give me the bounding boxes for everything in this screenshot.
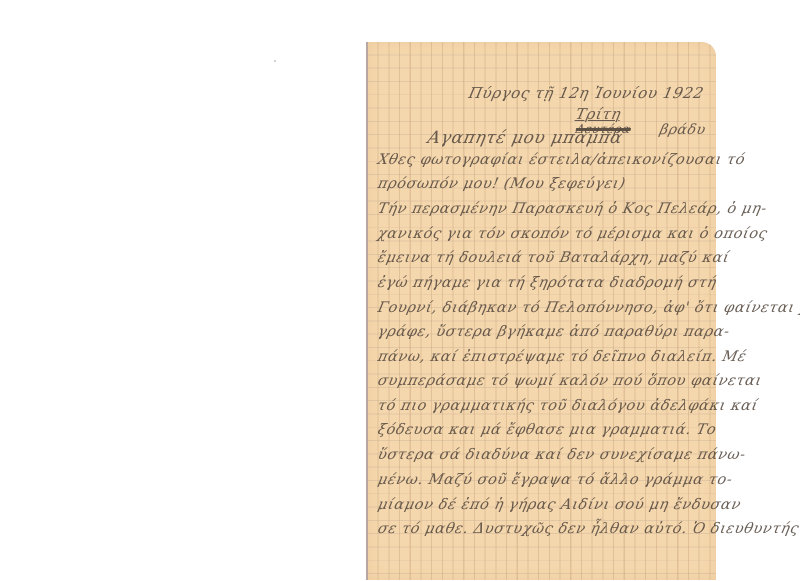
letter-line: μίαμον δέ ἐπό ἡ γήρας Αιδίνι σού μη ἔνδυ… xyxy=(376,497,707,513)
letter-line: ἐγώ πήγαμε για τή ξηρότατα διαδρομή στή xyxy=(376,275,707,291)
letter-line: πρόσωπόν μου! (Μου ξεφεύγει) xyxy=(376,176,707,192)
letter-greeting: Αγαπητέ μου μπαμπά xyxy=(426,128,708,148)
letter-line: Χθες φωτογραφίαι έστειλα/ἀπεικονίζουσαι … xyxy=(376,152,707,168)
scan-speck xyxy=(274,60,276,62)
letter-line: ξόδευσα και μά ἔφθασε μια γραμματιά. Το xyxy=(376,422,707,438)
letter-line: σε τό μαθε. Δυστυχῶς δεν ἦλθαν αὐτό. Ὁ δ… xyxy=(376,521,707,537)
letter-line: χανικός για τόν σκοπόν τό μέρισμα και ὁ … xyxy=(376,226,707,242)
letter-line: γράφε, ὕστερα βγήκαμε ἀπό παραθύρι παρα- xyxy=(376,324,707,340)
letter-line: Τήν περασμένην Παρασκευή ὁ Κος Πελεάρ, ὁ… xyxy=(376,201,707,217)
letter-page: Πύργος τῇ 12η Ἰουνίου 1922 Τρίτη Δευτέρα… xyxy=(366,42,716,580)
letter-line: πάνω, καί ἐπιστρέψαμε τό δεῖπνο διαλείπ.… xyxy=(376,349,707,365)
letter-line: συμπεράσαμε τό ψωμί καλόν πού ὅπου φαίνε… xyxy=(376,373,707,389)
letter-line: ὕστερα σά διαδύνα καί δεν συνεχίσαμε πάν… xyxy=(376,447,707,463)
letter-line: τό πιο γραμματικής τοῦ διαλόγου ἀδελφάκι… xyxy=(376,398,707,414)
letter-line: Γουρνί, διάβηκαν τό Πελοπόννησο, ἀφ' ὅτι… xyxy=(376,300,707,316)
letter-date: Πύργος τῇ 12η Ἰουνίου 1922 xyxy=(467,84,706,102)
letter-day: Τρίτη xyxy=(574,105,623,123)
letter-line: ἔμεινα τή δουλειά τοῦ Βαταλάρχη, μαζύ κα… xyxy=(376,250,707,266)
letter-line: μένω. Μαζύ σοῦ ἔγραψα τό ἄλλο γράμμα το- xyxy=(376,472,707,488)
